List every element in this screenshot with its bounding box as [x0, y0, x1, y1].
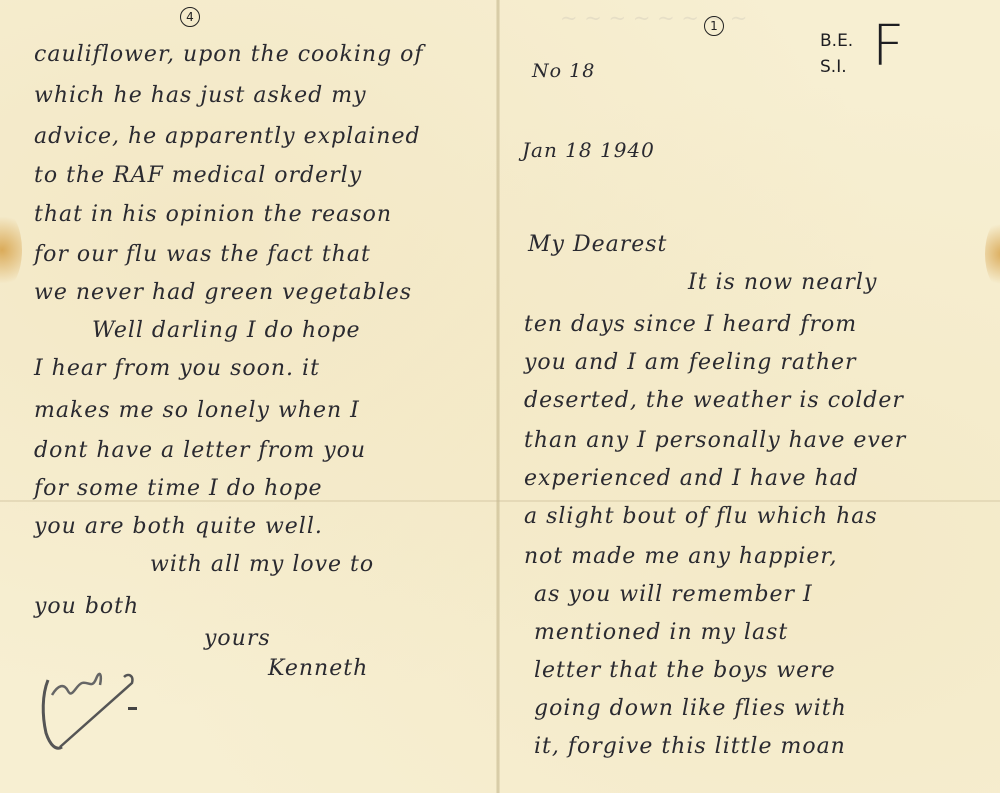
ref-line-si: S.I. [820, 56, 847, 78]
letter-date: Jan 18 1940 [522, 138, 655, 162]
salutation: My Dearest [528, 232, 667, 257]
letter-line: for our flu was the fact that [34, 242, 371, 267]
letter-line: advice, he apparently explained [34, 124, 421, 149]
letter-line: we never had green vegetables [34, 280, 412, 305]
letter-line: going down like flies with [534, 696, 847, 721]
letter-line: you and I am feeling rather [524, 350, 857, 375]
page-number-right: 1 [704, 16, 724, 36]
letter-line: deserted, the weather is colder [524, 388, 904, 413]
letter-sheet: ~ ~ ~ ~ ~ ~ ~ ~ 4 cauliflower, upon the … [0, 0, 1000, 793]
letter-line: as you will remember I [534, 582, 813, 607]
censor-initials-icon [34, 655, 139, 760]
letter-line: than any I personally have ever [524, 428, 906, 453]
letter-line: experienced and I have had [524, 466, 859, 491]
letter-line: It is now nearly [688, 270, 877, 295]
letter-line: you both [34, 594, 139, 619]
left-page: 4 cauliflower, upon the cooking of which… [0, 0, 496, 793]
letter-number: No 18 [532, 60, 595, 82]
letter-line: ten days since I heard from [524, 312, 857, 337]
letter-line: to the RAF medical orderly [34, 163, 362, 188]
letter-line: it, forgive this little moan [534, 734, 846, 759]
pencil-dash [128, 707, 137, 710]
ref-mark-f: F [872, 14, 904, 79]
letter-line: letter that the boys were [534, 658, 836, 683]
letter-line: dont have a letter from you [34, 438, 366, 463]
right-page: 1 No 18 B.E. S.I. F Jan 18 1940 My Deare… [500, 0, 1000, 793]
page-number-left: 4 [180, 7, 200, 27]
letter-line: which he has just asked my [34, 83, 367, 108]
letter-line: you are both quite well. [34, 514, 323, 539]
letter-line: that in his opinion the reason [34, 202, 392, 227]
letter-line: makes me so lonely when I [34, 398, 360, 423]
letter-line: Well darling I do hope [92, 318, 360, 343]
letter-line: mentioned in my last [534, 620, 788, 645]
signature: Kenneth [268, 656, 368, 681]
letter-line: I hear from you soon. it [34, 356, 320, 381]
letter-line: a slight bout of flu which has [524, 504, 878, 529]
letter-line: not made me any happier, [524, 544, 838, 569]
letter-closing: yours [204, 626, 271, 651]
letter-line: for some time I do hope [34, 476, 323, 501]
letter-line: cauliflower, upon the cooking of [34, 42, 424, 67]
ref-line-be: B.E. [820, 30, 853, 52]
letter-line: with all my love to [150, 552, 374, 577]
